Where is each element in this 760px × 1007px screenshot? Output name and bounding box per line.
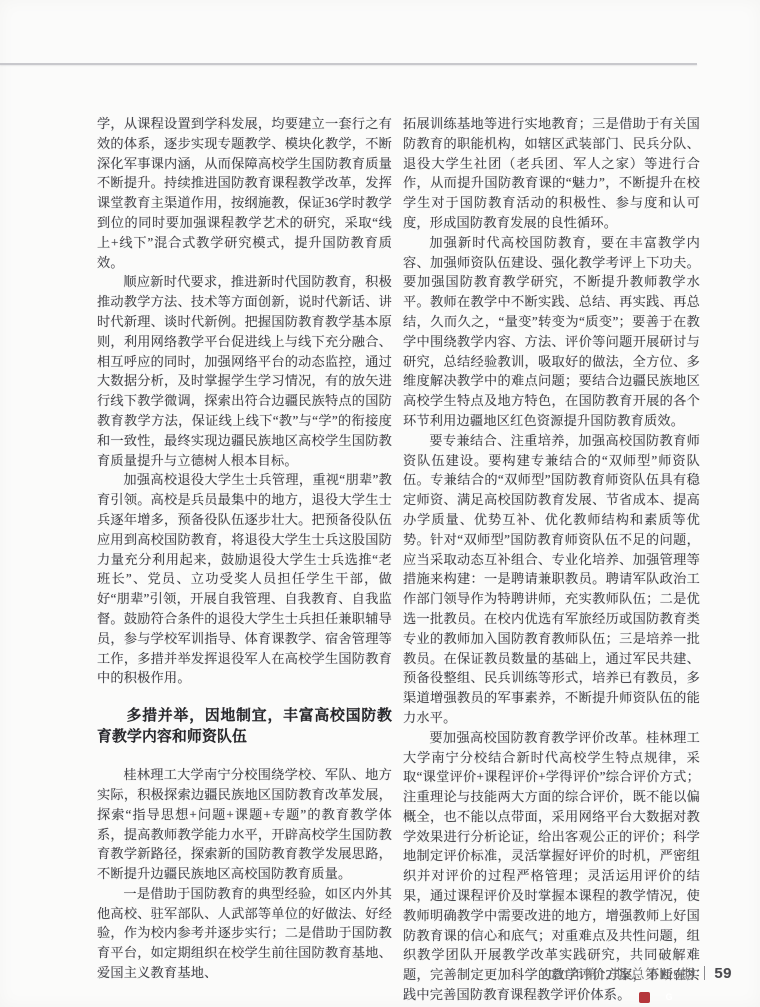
page-footer: 2021年第12期/总第129期 59: [541, 963, 732, 983]
paragraph: 顺应新时代要求，推进新时代国防教育，积极推动教学方法、技术等方面创新，说时代新话…: [97, 272, 392, 470]
page-number: 59: [714, 965, 732, 982]
paragraph: 桂林理工大学南宁分校围绕学校、军队、地方实际，积极探索边疆民族地区国防教育改革发…: [97, 765, 392, 884]
paragraph: 一是借助于国防教育的典型经验，如区内外其他高校、驻军部队、人武部等单位的好做法、…: [97, 884, 392, 983]
paragraph: 加强高校退役大学生士兵管理，重视“朋辈”教育引领。高校是兵员最集中的地方，退役大…: [97, 470, 392, 688]
right-column: 拓展训练基地等进行实地教育；三是借助于有关国防教育的职能机构，如辖区武装部门、民…: [403, 114, 700, 1005]
paragraph: 学，从课程设置到学科发展，均要建立一套行之有效的体系，逐步实现专题教学、模块化教…: [97, 114, 392, 272]
paragraph: 要专兼结合、注重培养，加强高校国防教育师资队伍建设。要构建专兼结合的“双师型”师…: [403, 431, 700, 728]
paragraph-text: 要加强高校国防教育教学评价改革。桂林理工大学南宁分校结合新时代高校学生特点规律，…: [403, 730, 700, 1002]
section-heading: 多措并举，因地制宜，丰富高校国防教育教学内容和师资队伍: [97, 706, 392, 747]
footer-divider: [704, 966, 706, 980]
paragraph: 加强新时代高校国防教育，要在丰富教学内容、加强师资队伍建设、强化教学考评上下功夫…: [403, 233, 700, 431]
paragraph: 拓展训练基地等进行实地教育；三是借助于有关国防教育的职能机构，如辖区武装部门、民…: [403, 114, 700, 233]
journal-issue-label: 2021年第12期/总第129期: [541, 963, 695, 983]
left-column: 学，从课程设置到学科发展，均要建立一套行之有效的体系，逐步实现专题教学、模块化教…: [97, 114, 392, 983]
scan-artifact-line: [0, 63, 697, 65]
journal-page: 学，从课程设置到学科发展，均要建立一套行之有效的体系，逐步实现专题教学、模块化教…: [0, 0, 760, 1007]
article-end-mark-icon: G: [639, 992, 650, 1003]
